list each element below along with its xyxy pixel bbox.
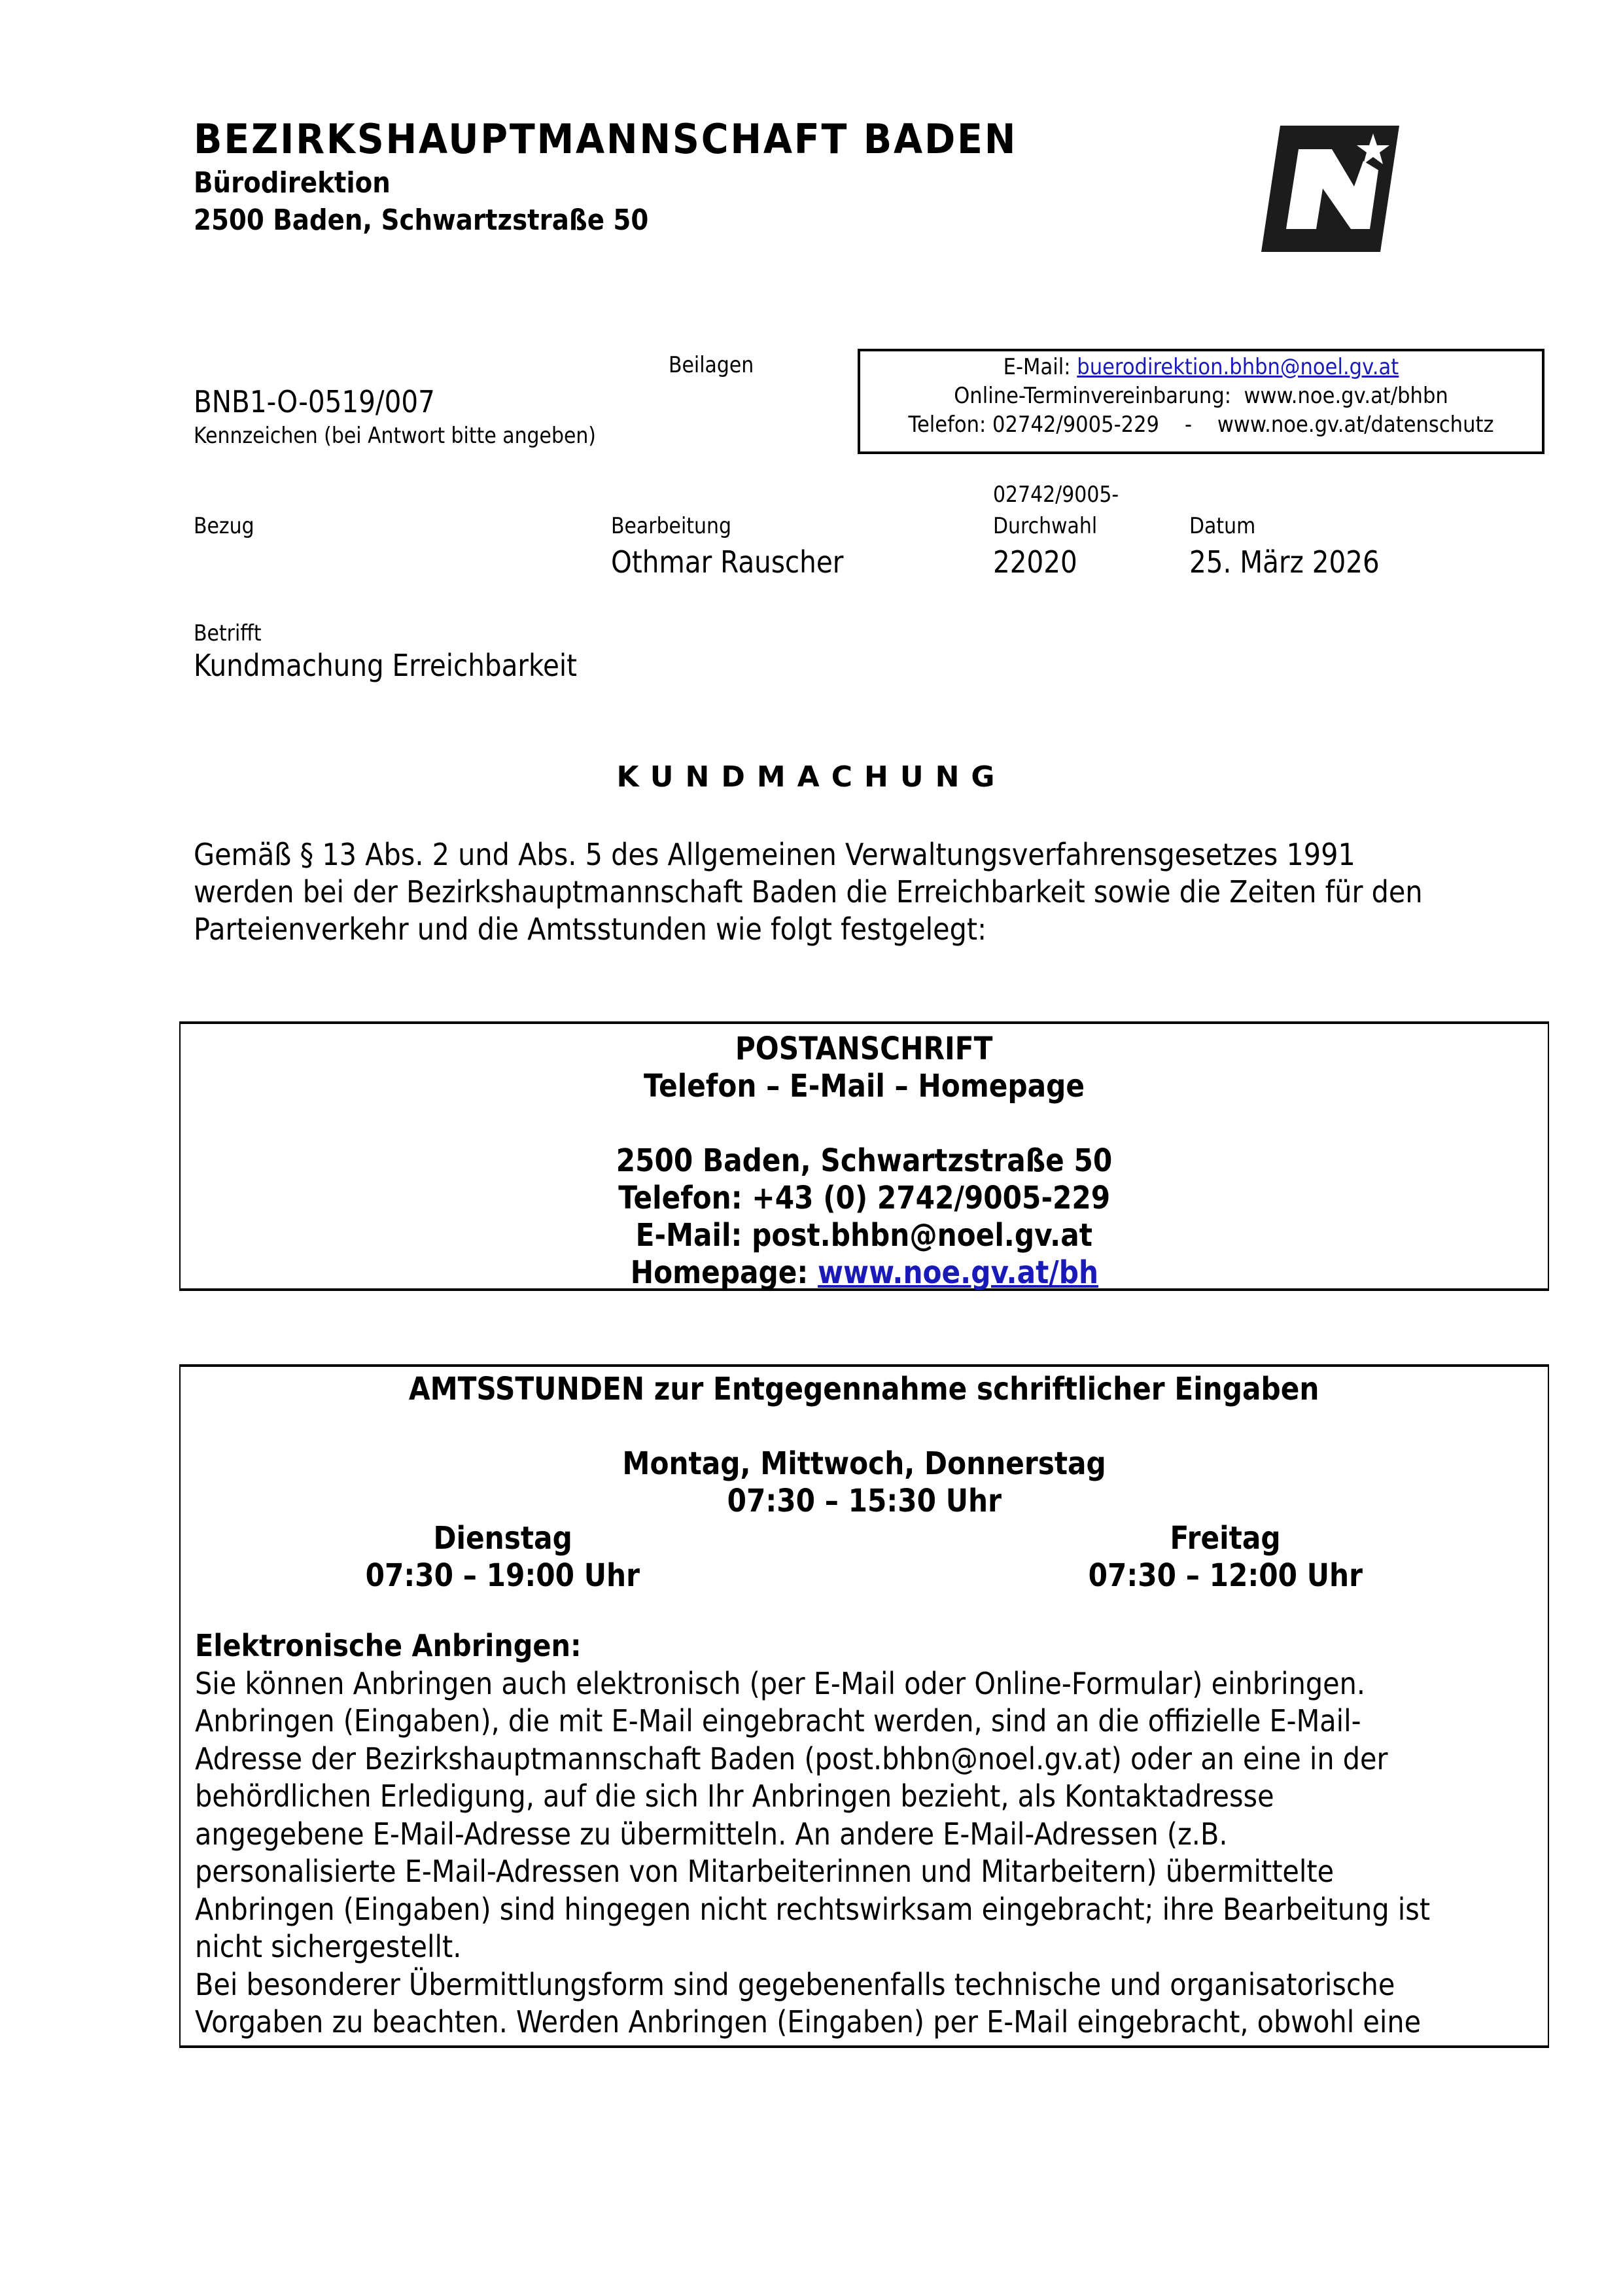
postal-address-box: POSTANSCHRIFT Telefon – E-Mail – Homepag… — [179, 1021, 1549, 1291]
notice-heading: KUNDMACHUNG — [0, 760, 1623, 794]
online-url: www.noe.gv.at/bhbn — [1244, 383, 1448, 409]
electronic-submissions: Elektronische Anbringen: Sie können Anbr… — [181, 1627, 1548, 2041]
postal-title: POSTANSCHRIFT — [735, 1031, 993, 1068]
electronic-line: Vorgaben zu beachten. Werden Anbringen (… — [195, 2004, 1412, 2041]
reference-number: BNB1-O-0519/007 — [194, 384, 435, 419]
contact-email-line: E-Mail: buerodirektion.bhbn@noel.gv.at — [894, 353, 1508, 381]
main-hours: 07:30 – 15:30 Uhr — [727, 1483, 1001, 1520]
hours-title: AMTSSTUNDEN zur Entgegennahme schriftlic… — [409, 1371, 1319, 1408]
bearbeitung-label: Bearbeitung — [611, 513, 731, 539]
contact-phone: Telefon: 02742/9005-229 — [908, 412, 1159, 438]
main-days: Montag, Mittwoch, Donnerstag — [622, 1445, 1106, 1483]
postal-phone: Telefon: +43 (0) 2742/9005-229 — [618, 1180, 1110, 1217]
tuesday-hours: 07:30 – 19:00 Uhr — [366, 1557, 640, 1595]
separator: - — [1185, 412, 1192, 438]
contact-email-link[interactable]: buerodirektion.bhbn@noel.gv.at — [1077, 354, 1399, 380]
electronic-line: Anbringen (Eingaben), die mit E-Mail ein… — [195, 1703, 1412, 1740]
datum-label: Datum — [1189, 513, 1255, 539]
intro-paragraph: Gemäß § 13 Abs. 2 und Abs. 5 des Allgeme… — [194, 836, 1423, 948]
intro-line: Gemäß § 13 Abs. 2 und Abs. 5 des Allgeme… — [194, 836, 1423, 874]
durchwahl-prefix: 02742/9005- — [993, 482, 1119, 508]
betrifft-label: Betrifft — [194, 620, 262, 646]
electronic-line: angegebene E-Mail-Adresse zu übermitteln… — [195, 1816, 1412, 1854]
beilagen-label: Beilagen — [669, 352, 754, 378]
bearbeitung-value: Othmar Rauscher — [611, 544, 843, 580]
electronic-line: nicht sichergestellt. — [195, 1928, 1412, 1966]
durchwahl-value: 22020 — [993, 544, 1077, 580]
durchwahl-label: Durchwahl — [993, 513, 1097, 539]
electronic-line: Bei besonderer Übermittlungsform sind ge… — [195, 1966, 1412, 2004]
postal-address: 2500 Baden, Schwartzstraße 50 — [616, 1142, 1113, 1180]
contact-online-line: Online-Terminvereinbarung: www.noe.gv.at… — [894, 381, 1508, 410]
office-hours-box: AMTSSTUNDEN zur Entgegennahme schriftlic… — [179, 1364, 1549, 2048]
electronic-line: personalisierte E-Mail-Adressen von Mita… — [195, 1853, 1412, 1891]
electronic-line: Anbringen (Eingaben) sind hingegen nicht… — [195, 1891, 1412, 1929]
electronic-line: Adresse der Bezirkshauptmannschaft Baden… — [195, 1740, 1412, 1778]
datum-value: 25. März 2026 — [1189, 544, 1380, 580]
friday-hours: 07:30 – 12:00 Uhr — [1089, 1557, 1363, 1595]
intro-line: Parteienverkehr und die Amtsstunden wie … — [194, 911, 1423, 948]
friday-label: Freitag — [1170, 1520, 1281, 1557]
homepage-label: Homepage: — [630, 1254, 808, 1291]
reference-label: Kennzeichen (bei Antwort bitte angeben) — [194, 423, 596, 449]
email-label: E-Mail: — [1003, 354, 1071, 380]
department-name: Bürodirektion — [194, 166, 391, 200]
contact-phone-line: Telefon: 02742/9005-229 - www.noe.gv.at/… — [894, 410, 1508, 439]
contact-box: E-Mail: buerodirektion.bhbn@noel.gv.at O… — [858, 349, 1544, 454]
electronic-heading: Elektronische Anbringen: — [195, 1627, 1412, 1665]
betrifft-value: Kundmachung Erreichbarkeit — [194, 648, 577, 683]
electronic-line: Sie können Anbringen auch elektronisch (… — [195, 1665, 1412, 1703]
organization-title: BEZIRKSHAUPTMANNSCHAFT BADEN — [194, 115, 1017, 163]
tuesday-label: Dienstag — [433, 1520, 572, 1557]
privacy-url: www.noe.gv.at/datenschutz — [1217, 412, 1494, 438]
postal-subtitle: Telefon – E-Mail – Homepage — [644, 1068, 1085, 1105]
intro-line: werden bei der Bezirkshauptmannschaft Ba… — [194, 874, 1423, 911]
bezug-label: Bezug — [194, 513, 254, 539]
electronic-line: behördlichen Erledigung, auf die sich Ih… — [195, 1778, 1412, 1816]
online-label: Online-Terminvereinbarung: — [954, 383, 1231, 409]
homepage-link[interactable]: www.noe.gv.at/bh — [818, 1254, 1098, 1291]
organization-address: 2500 Baden, Schwartzstraße 50 — [194, 203, 648, 237]
postal-email: E-Mail: post.bhbn@noel.gv.at — [636, 1217, 1092, 1254]
noe-logo-icon — [1259, 124, 1409, 255]
